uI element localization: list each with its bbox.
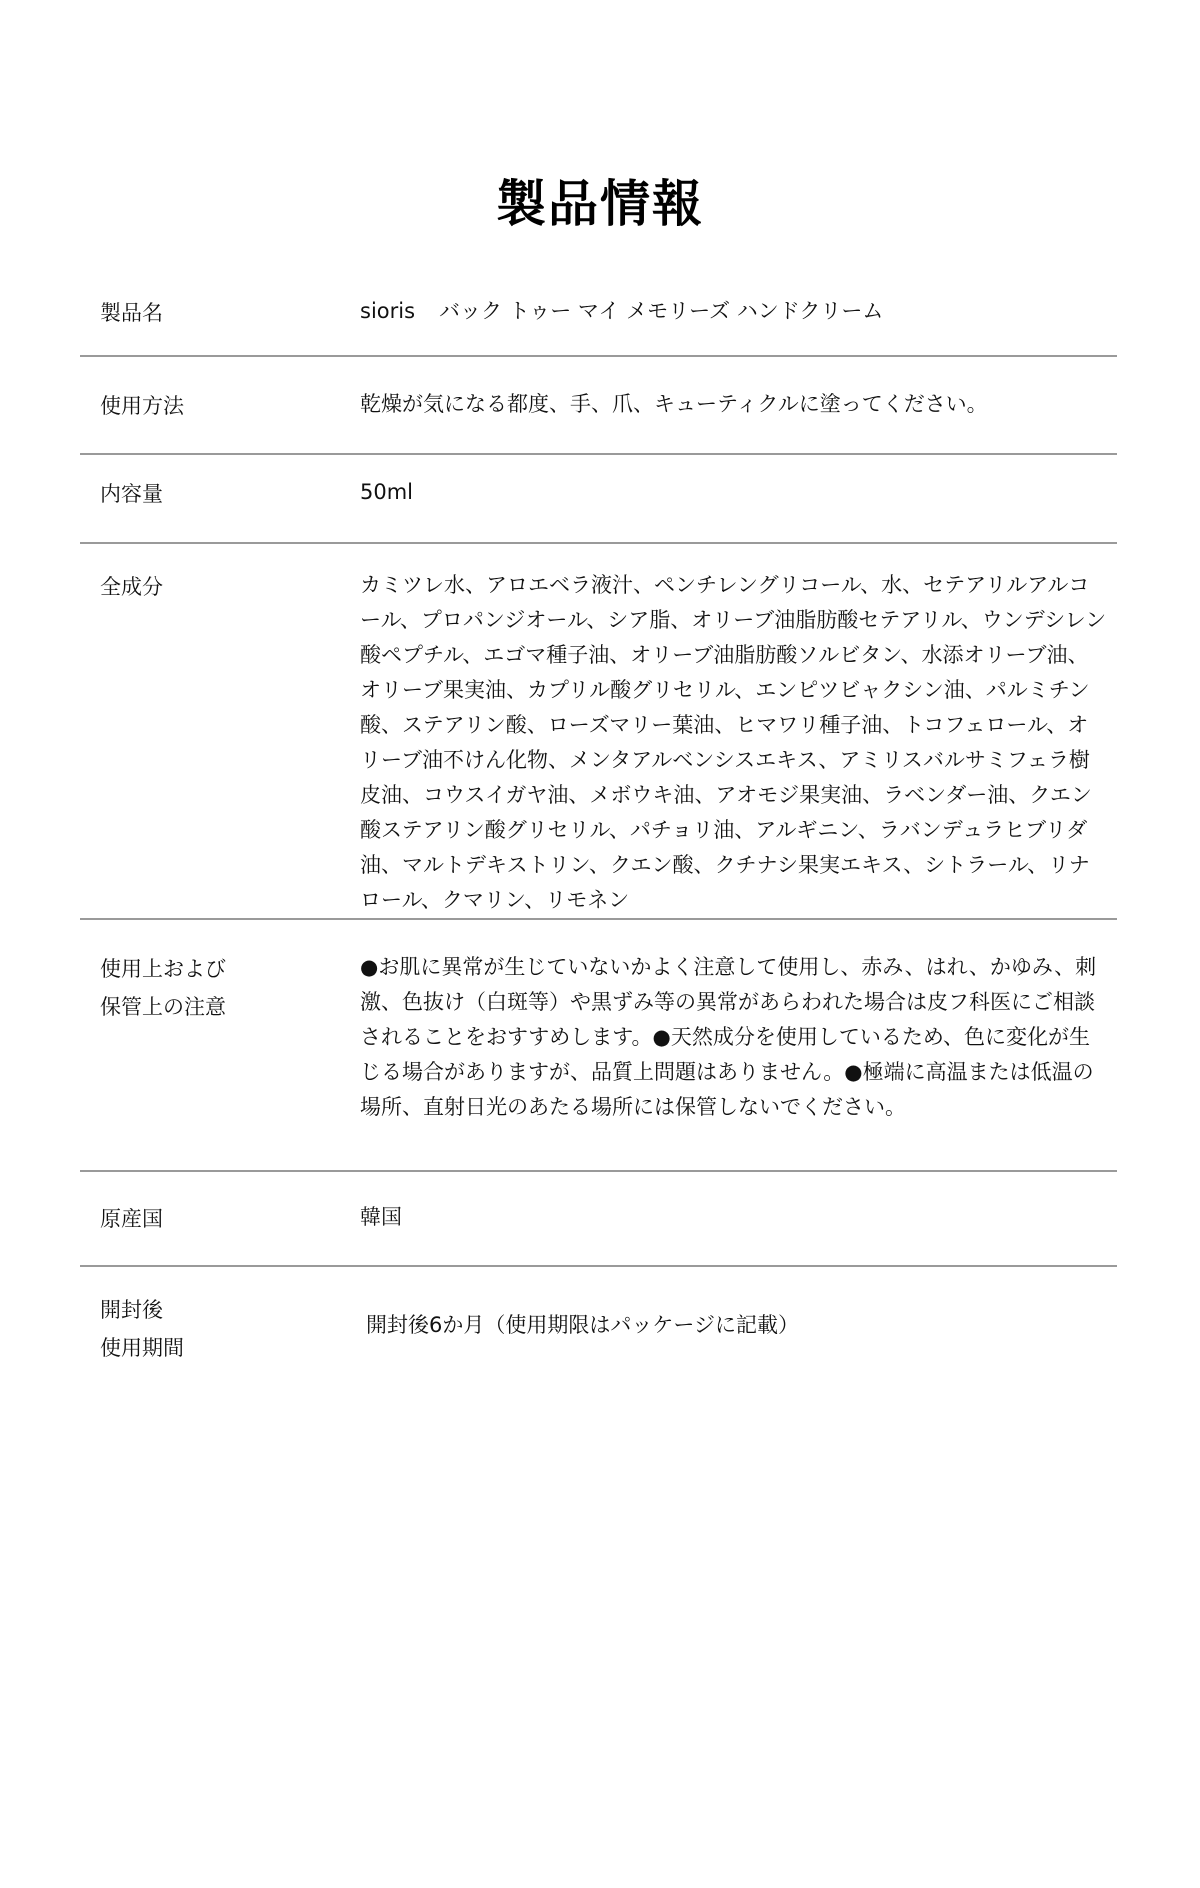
row-volume: 内容量 50ml bbox=[80, 455, 1117, 544]
value-volume: 50ml bbox=[360, 475, 1117, 542]
label-volume: 内容量 bbox=[80, 475, 360, 542]
row-product-name: 製品名 siorisバック トゥー マイ メモリーズ ハンドクリーム bbox=[80, 280, 1117, 357]
label-expiry-line-1: 開封後 bbox=[100, 1291, 360, 1329]
label-origin: 原産国 bbox=[80, 1200, 360, 1265]
value-usage: 乾燥が気になる都度、手、爪、キューティクルに塗ってください。 bbox=[360, 387, 1117, 453]
product-brand: sioris bbox=[360, 299, 415, 323]
row-usage: 使用方法 乾燥が気になる都度、手、爪、キューティクルに塗ってください。 bbox=[80, 357, 1117, 455]
value-product-name: siorisバック トゥー マイ メモリーズ ハンドクリーム bbox=[360, 294, 1117, 355]
product-name-text: バック トゥー マイ メモリーズ ハンドクリーム bbox=[439, 299, 883, 323]
label-product-name: 製品名 bbox=[80, 294, 360, 355]
label-caution-line-2: 保管上の注意 bbox=[100, 988, 360, 1026]
page-title: 製品情報 bbox=[0, 172, 1200, 236]
value-ingredients: カミツレ水、アロエベラ液汁、ペンチレングリコール、水、セテアリルアルコール、プロ… bbox=[360, 568, 1117, 918]
row-origin: 原産国 韓国 bbox=[80, 1172, 1117, 1267]
product-info-table: 製品名 siorisバック トゥー マイ メモリーズ ハンドクリーム 使用方法 … bbox=[80, 280, 1117, 1387]
row-expiry: 開封後 使用期間 開封後6か月（使用期限はパッケージに記載） bbox=[80, 1267, 1117, 1387]
row-ingredients: 全成分 カミツレ水、アロエベラ液汁、ペンチレングリコール、水、セテアリルアルコー… bbox=[80, 544, 1117, 920]
label-usage: 使用方法 bbox=[80, 387, 360, 453]
label-ingredients: 全成分 bbox=[80, 568, 360, 918]
value-origin: 韓国 bbox=[360, 1200, 1117, 1265]
label-caution: 使用上および 保管上の注意 bbox=[80, 950, 360, 1170]
row-caution: 使用上および 保管上の注意 ●お肌に異常が生じていないかよく注意して使用し、赤み… bbox=[80, 920, 1117, 1172]
label-expiry: 開封後 使用期間 bbox=[80, 1291, 360, 1387]
value-caution: ●お肌に異常が生じていないかよく注意して使用し、赤み、はれ、かゆみ、刺激、色抜け… bbox=[360, 950, 1117, 1170]
label-expiry-line-2: 使用期間 bbox=[100, 1329, 360, 1367]
value-expiry: 開封後6か月（使用期限はパッケージに記載） bbox=[360, 1291, 1117, 1387]
label-caution-line-1: 使用上および bbox=[100, 950, 360, 988]
